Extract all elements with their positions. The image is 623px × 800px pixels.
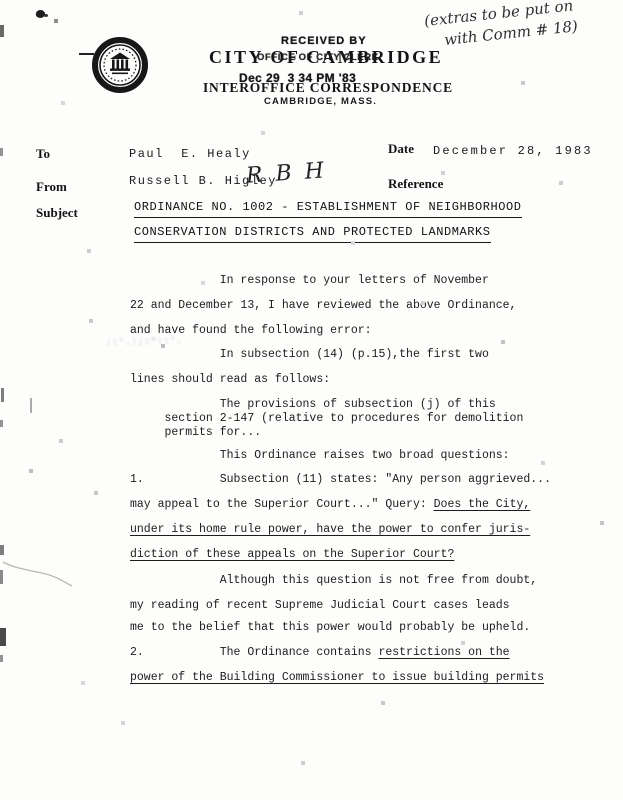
date-received-stamp: Dec 29 3 34 PM '83 (239, 71, 356, 85)
body-text: Although this question is not free from … (130, 574, 537, 587)
body-text: may appeal to the Superior Court..." Que… (130, 498, 434, 511)
scan-edge-artifact (0, 148, 3, 156)
scan-edge-artifact (0, 570, 3, 584)
received-by-stamp: RECEIVED BY (281, 35, 367, 47)
ink-blob-artifact (44, 14, 48, 17)
scan-noise-specks (0, 0, 2, 2)
scan-edge-artifact (0, 655, 3, 662)
body-line: may appeal to the Superior Court..." Que… (130, 498, 530, 512)
body-text-underlined: power of the Building Commissioner to is… (130, 671, 544, 684)
body-line: me to the belief that this power would p… (130, 621, 530, 635)
body-line: section 2-147 (relative to procedures fo… (130, 412, 523, 426)
scan-mark-artifact (30, 398, 32, 413)
scan-edge-artifact (0, 545, 4, 555)
body-line: 2. The Ordinance contains restrictions o… (130, 646, 510, 660)
body-line: under its home rule power, have the powe… (130, 523, 530, 537)
body-text-underlined: under its home rule power, have the powe… (130, 523, 530, 536)
body-text: In response to your letters of November (130, 274, 489, 287)
body-text-underlined: restrictions on the (378, 646, 509, 659)
subject-label: Subject (36, 205, 78, 221)
body-line: In subsection (14) (p.15),the first two (130, 348, 489, 362)
subject-line-1: ORDINANCE NO. 1002 - ESTABLISHMENT OF NE… (134, 200, 522, 218)
body-text: 1. Subsection (11) states: "Any person a… (130, 473, 551, 486)
body-text: In subsection (14) (p.15),the first two (130, 348, 489, 361)
body-text: and have found the following error: (130, 324, 372, 337)
body-line: The provisions of subsection (j) of this (130, 398, 496, 412)
body-line: my reading of recent Supreme Judicial Co… (130, 599, 510, 613)
body-text: section 2-147 (relative to procedures fo… (130, 412, 523, 425)
body-text: This Ordinance raises two broad question… (130, 449, 510, 462)
body-text: 2. The Ordinance contains (130, 646, 378, 659)
body-line: 1. Subsection (11) states: "Any person a… (130, 473, 551, 487)
body-line: diction of these appeals on the Superior… (130, 548, 454, 562)
body-line: In response to your letters of November (130, 274, 489, 288)
body-text: me to the belief that this power would p… (130, 621, 530, 634)
body-line: lines should read as follows: (130, 373, 330, 387)
subject-line-2: CONSERVATION DISTRICTS AND PROTECTED LAN… (134, 225, 491, 243)
handwritten-note: (extras to be put on with Comm # 18) (423, 0, 579, 53)
reference-label: Reference (388, 176, 443, 192)
scan-edge-artifact (0, 628, 6, 646)
pen-stroke-artifact (2, 556, 80, 592)
scan-edge-artifact (0, 25, 4, 37)
body-text: lines should read as follows: (130, 373, 330, 386)
handwritten-initials: R B H (245, 158, 327, 189)
scan-edge-artifact (0, 420, 3, 427)
from-label: From (36, 179, 67, 195)
body-line: power of the Building Commissioner to is… (130, 671, 544, 685)
date-value: December 28, 1983 (433, 144, 593, 158)
body-line: Although this question is not free from … (130, 574, 537, 588)
scan-edge-artifact (1, 388, 4, 402)
city-state-line: CAMBRIDGE, MASS. (264, 96, 377, 107)
document-page: (extras to be put on with Comm # 18) REC… (0, 0, 623, 800)
body-text-underlined: Does the City, (434, 498, 531, 511)
body-text: 22 and December 13, I have reviewed the … (130, 299, 516, 312)
body-line: This Ordinance raises two broad question… (130, 449, 510, 463)
stamp-smudge-artifact: ::'.:;:"::'. (106, 336, 198, 350)
to-label: To (36, 146, 50, 162)
city-seal-icon (92, 37, 148, 93)
body-text: permits for... (130, 426, 261, 439)
to-value: Paul E. Healy (129, 147, 251, 161)
date-label: Date (388, 141, 414, 157)
body-line: permits for... (130, 426, 261, 440)
body-text-underlined: diction of these appeals on the Superior… (130, 548, 454, 561)
body-text: my reading of recent Supreme Judicial Co… (130, 599, 510, 612)
body-line: 22 and December 13, I have reviewed the … (130, 299, 516, 313)
body-text: The provisions of subsection (j) of this (130, 398, 496, 411)
office-of-city-clerk-stamp: OFFICE OF CITY CLERK (257, 52, 379, 63)
